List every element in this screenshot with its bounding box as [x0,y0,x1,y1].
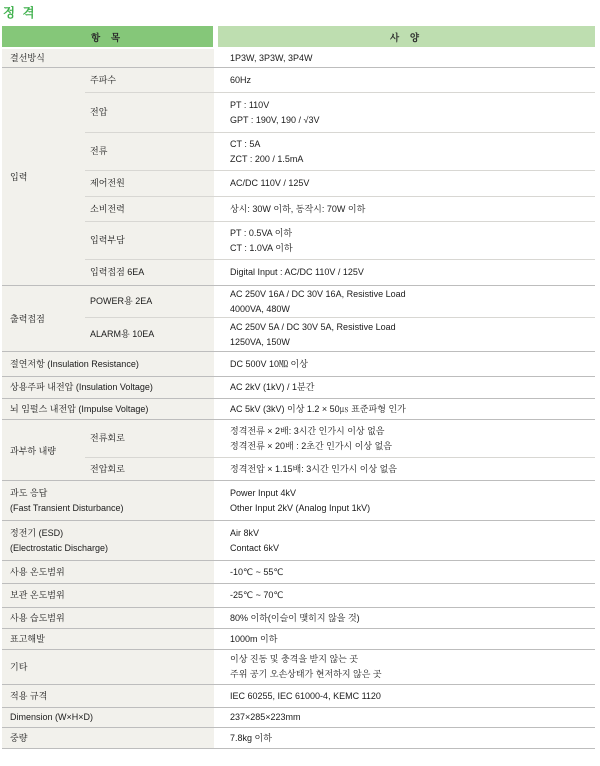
spec-subrow: 전류회로정격전류 × 2배: 3시간 인가시 이상 없음정격전류 × 20배 :… [85,420,595,457]
row-value: 1000m 이하 [214,629,595,649]
value-line: Power Input 4kV [230,486,591,501]
row-label: 중량 [2,728,214,748]
label-line: 보관 온도범위 [10,588,210,603]
value-line: 주위 공기 오손상태가 현저하지 않은 곳 [230,667,591,682]
label-line: 중량 [10,731,210,746]
row-label: 과도 응답(Fast Transient Disturbance) [2,481,214,520]
label-line: 뇌 임펄스 내전압 (Impulse Voltage) [10,402,210,417]
spec-row: 입력주파수60Hz전압PT : 110VGPT : 190V, 190 / √3… [2,67,595,285]
label-line: 제어전원 [90,176,210,191]
row-value: 7.8kg 이하 [214,728,595,748]
label-line: (Electrostatic Discharge) [10,541,210,556]
spec-subrow: 소비전력상시: 30W 이하, 동작시: 70W 이하 [85,196,595,221]
row-value: PT : 110VGPT : 190V, 190 / √3V [214,93,595,132]
spec-row: 상용주파 내전압 (Insulation Voltage)AC 2kV (1kV… [2,376,595,398]
group-subrows: 전류회로정격전류 × 2배: 3시간 인가시 이상 없음정격전류 × 20배 :… [85,420,595,480]
label-line: 과도 응답 [10,486,210,501]
label-line: 적용 규격 [10,689,210,704]
spec-row: 사용 습도범위80% 이하(이슬이 맺히지 않을 것) [2,607,595,628]
label-line: 표고해발 [10,632,210,647]
spec-subrow: 전압PT : 110VGPT : 190V, 190 / √3V [85,92,595,132]
spec-row: 기타이상 진동 및 충격을 받지 않는 곳주위 공기 오손상태가 현저하지 않은… [2,649,595,684]
value-line: ZCT : 200 / 1.5mA [230,152,591,167]
column-header-spec: 사 양 [218,26,595,47]
row-value: Digital Input : AC/DC 110V / 125V [214,260,595,285]
label-line: 사용 습도범위 [10,611,210,626]
value-line: CT : 5A [230,137,591,152]
row-value: PT : 0.5VA 이하CT : 1.0VA 이하 [214,222,595,259]
value-line: -10℃ ~ 55℃ [230,565,591,580]
value-line: AC 2kV (1kV) / 1분간 [230,380,591,395]
label-line: 전류회로 [90,431,210,446]
label-line: Dimension (W×H×D) [10,710,210,725]
spec-subrow: 전압회로정격전압 × 1.15배: 3시간 인가시 이상 없음 [85,457,595,480]
spec-row: 사용 온도범위-10℃ ~ 55℃ [2,560,595,583]
page-title: 정 격 [2,3,600,21]
label-line: 전압회로 [90,462,210,477]
label-line: ALARM용 10EA [90,327,210,342]
spec-subrow: 주파수60Hz [85,68,595,92]
value-line: 1P3W, 3P3W, 3P4W [230,51,591,66]
row-value: AC 2kV (1kV) / 1분간 [214,377,595,398]
subrow-label: 주파수 [85,68,214,92]
spec-row: 출력접점POWER용 2EAAC 250V 16A / DC 30V 16A, … [2,285,595,351]
row-value: 이상 진동 및 충격을 받지 않는 곳주위 공기 오손상태가 현저하지 않은 곳 [214,650,595,684]
row-value: AC/DC 110V / 125V [214,171,595,196]
label-line: (Fast Transient Disturbance) [10,501,210,516]
row-value: 237×285×223mm [214,708,595,727]
spec-subrow: 입력부담PT : 0.5VA 이하CT : 1.0VA 이하 [85,221,595,259]
row-value: AC 250V 16A / DC 30V 16A, Resistive Load… [214,286,595,317]
subrow-label: 입력부담 [85,222,214,259]
value-line: AC/DC 110V / 125V [230,176,591,191]
row-value: 정격전류 × 2배: 3시간 인가시 이상 없음정격전류 × 20배 : 2초간… [214,420,595,457]
value-line: Other Input 2kV (Analog Input 1kV) [230,501,591,516]
spec-row: 표고해발1000m 이하 [2,628,595,649]
row-label: 정전기 (ESD)(Electrostatic Discharge) [2,521,214,560]
row-value: AC 5kV (3kV) 이상 1.2 × 50㎲ 표준파형 인가 [214,399,595,419]
value-line: Digital Input : AC/DC 110V / 125V [230,265,591,280]
spec-row: 뇌 임펄스 내전압 (Impulse Voltage)AC 5kV (3kV) … [2,398,595,419]
value-line: 정격전류 × 2배: 3시간 인가시 이상 없음 [230,424,591,439]
value-line: Air 8kV [230,526,591,541]
value-line: 7.8kg 이하 [230,731,591,746]
spec-row: 절연저항 (Insulation Resistance)DC 500V 10㏁ … [2,351,595,376]
spec-subrow: 입력접점 6EADigital Input : AC/DC 110V / 125… [85,259,595,285]
row-label: 절연저항 (Insulation Resistance) [2,352,214,376]
value-line: 상시: 30W 이하, 동작시: 70W 이하 [230,202,591,217]
row-value: Power Input 4kVOther Input 2kV (Analog I… [214,481,595,520]
value-line: -25℃ ~ 70℃ [230,588,591,603]
spec-row: 적용 규격IEC 60255, IEC 61000-4, KEMC 1120 [2,684,595,707]
value-line: PT : 110V [230,98,591,113]
row-value: 60Hz [214,68,595,92]
value-line: IEC 60255, IEC 61000-4, KEMC 1120 [230,689,591,704]
value-line: 1250VA, 150W [230,335,591,350]
row-label: 적용 규격 [2,685,214,707]
row-value: -25℃ ~ 70℃ [214,584,595,607]
label-line: 전류 [90,144,210,159]
row-value: DC 500V 10㏁ 이상 [214,352,595,376]
spec-row: Dimension (W×H×D)237×285×223mm [2,707,595,727]
row-label: 결선방식 [2,49,214,67]
value-line: DC 500V 10㏁ 이상 [230,357,591,372]
column-header-item: 항 목 [2,26,213,47]
group-label-text: 출력접점 [10,312,45,325]
subrow-label: 입력접점 6EA [85,260,214,285]
label-line: 결선방식 [10,51,210,66]
spec-page: 정 격 항 목 사 양 결선방식1P3W, 3P3W, 3P4W입력주파수60H… [0,0,600,749]
spec-row: 결선방식1P3W, 3P3W, 3P4W [2,49,595,67]
group-subrows: POWER용 2EAAC 250V 16A / DC 30V 16A, Resi… [85,286,595,351]
subrow-label: 전류 [85,133,214,170]
group-label-text: 입력 [10,170,27,183]
subrow-label: 제어전원 [85,171,214,196]
row-value: 1P3W, 3P3W, 3P4W [214,49,595,67]
subrow-label: POWER용 2EA [85,286,214,317]
label-line: 상용주파 내전압 (Insulation Voltage) [10,380,210,395]
row-value: -10℃ ~ 55℃ [214,561,595,583]
row-value: 80% 이하(이슬이 맺히지 않을 것) [214,608,595,628]
label-line: 입력부담 [90,233,210,248]
spec-table-body: 결선방식1P3W, 3P3W, 3P4W입력주파수60Hz전압PT : 110V… [2,49,595,749]
row-label: 보관 온도범위 [2,584,214,607]
label-line: 사용 온도범위 [10,565,210,580]
value-line: 60Hz [230,73,591,88]
row-label: 상용주파 내전압 (Insulation Voltage) [2,377,214,398]
row-label: 기타 [2,650,214,684]
row-label: 사용 온도범위 [2,561,214,583]
spec-row: 과도 응답(Fast Transient Disturbance)Power I… [2,480,595,520]
row-label: 표고해발 [2,629,214,649]
group-label: 출력접점 [2,286,85,351]
label-line: 소비전력 [90,202,210,217]
spec-subrow: 제어전원AC/DC 110V / 125V [85,170,595,196]
row-value: CT : 5AZCT : 200 / 1.5mA [214,133,595,170]
value-line: 정격전압 × 1.15배: 3시간 인가시 이상 없음 [230,462,591,477]
row-label: 사용 습도범위 [2,608,214,628]
value-line: 이상 진동 및 충격을 받지 않는 곳 [230,652,591,667]
label-line: 입력접점 6EA [90,265,210,280]
label-line: 주파수 [90,73,210,88]
spec-row: 과부하 내량전류회로정격전류 × 2배: 3시간 인가시 이상 없음정격전류 ×… [2,419,595,480]
row-value: 정격전압 × 1.15배: 3시간 인가시 이상 없음 [214,458,595,480]
table-header-row: 항 목 사 양 [2,26,595,47]
subrow-label: 전압 [85,93,214,132]
subrow-label: ALARM용 10EA [85,318,214,351]
value-line: 80% 이하(이슬이 맺히지 않을 것) [230,611,591,626]
group-label: 입력 [2,68,85,285]
value-line: AC 5kV (3kV) 이상 1.2 × 50㎲ 표준파형 인가 [230,402,591,417]
spec-row: 보관 온도범위-25℃ ~ 70℃ [2,583,595,607]
value-line: 237×285×223mm [230,710,591,725]
value-line: 정격전류 × 20배 : 2초간 인가시 이상 없음 [230,439,591,454]
value-line: 4000VA, 480W [230,302,591,317]
spec-subrow: POWER용 2EAAC 250V 16A / DC 30V 16A, Resi… [85,286,595,317]
label-line: 정전기 (ESD) [10,526,210,541]
row-value: AC 250V 5A / DC 30V 5A, Resistive Load12… [214,318,595,351]
subrow-label: 전압회로 [85,458,214,480]
row-value: Air 8kVContact 6kV [214,521,595,560]
value-line: AC 250V 5A / DC 30V 5A, Resistive Load [230,320,591,335]
spec-subrow: ALARM용 10EAAC 250V 5A / DC 30V 5A, Resis… [85,317,595,351]
subrow-label: 전류회로 [85,420,214,457]
spec-subrow: 전류CT : 5AZCT : 200 / 1.5mA [85,132,595,170]
label-line: 절연저항 (Insulation Resistance) [10,357,210,372]
spec-row: 중량7.8kg 이하 [2,727,595,748]
spec-row: 정전기 (ESD)(Electrostatic Discharge)Air 8k… [2,520,595,560]
label-line: 기타 [10,660,210,675]
spec-table: 항 목 사 양 결선방식1P3W, 3P3W, 3P4W입력주파수60Hz전압P… [2,26,595,749]
label-line: POWER용 2EA [90,294,210,309]
label-line: 전압 [90,105,210,120]
value-line: GPT : 190V, 190 / √3V [230,113,591,128]
value-line: PT : 0.5VA 이하 [230,226,591,241]
row-label: Dimension (W×H×D) [2,708,214,727]
value-line: 1000m 이하 [230,632,591,647]
group-label-text: 과부하 내량 [10,444,56,457]
value-line: CT : 1.0VA 이하 [230,241,591,256]
subrow-label: 소비전력 [85,197,214,221]
row-value: IEC 60255, IEC 61000-4, KEMC 1120 [214,685,595,707]
group-label: 과부하 내량 [2,420,85,480]
value-line: Contact 6kV [230,541,591,556]
group-subrows: 주파수60Hz전압PT : 110VGPT : 190V, 190 / √3V전… [85,68,595,285]
row-value: 상시: 30W 이하, 동작시: 70W 이하 [214,197,595,221]
row-label: 뇌 임펄스 내전압 (Impulse Voltage) [2,399,214,419]
value-line: AC 250V 16A / DC 30V 16A, Resistive Load [230,287,591,302]
